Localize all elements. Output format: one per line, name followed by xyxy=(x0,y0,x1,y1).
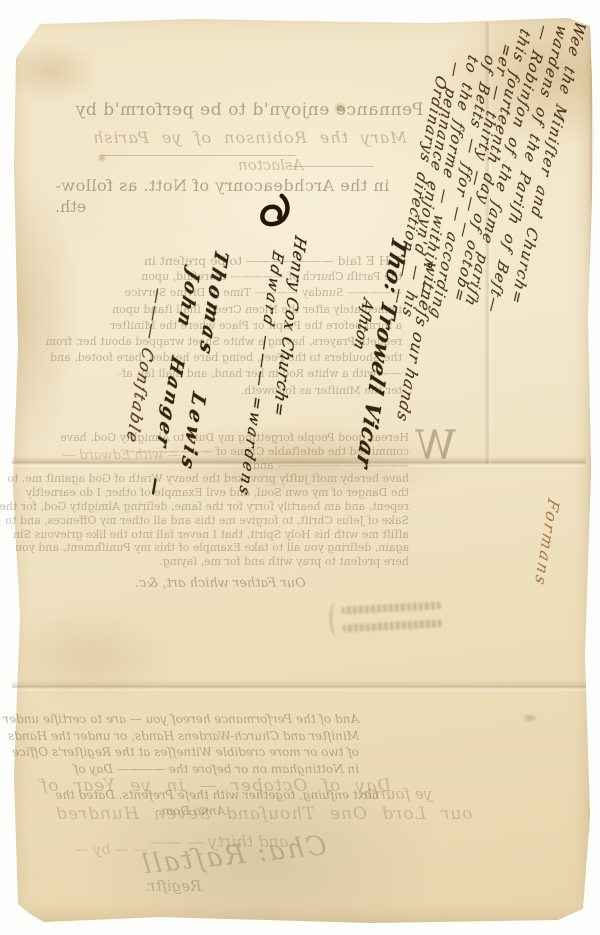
document-photo: Pennance enjoyn'd to be perform'd by Mar… xyxy=(0,0,600,935)
